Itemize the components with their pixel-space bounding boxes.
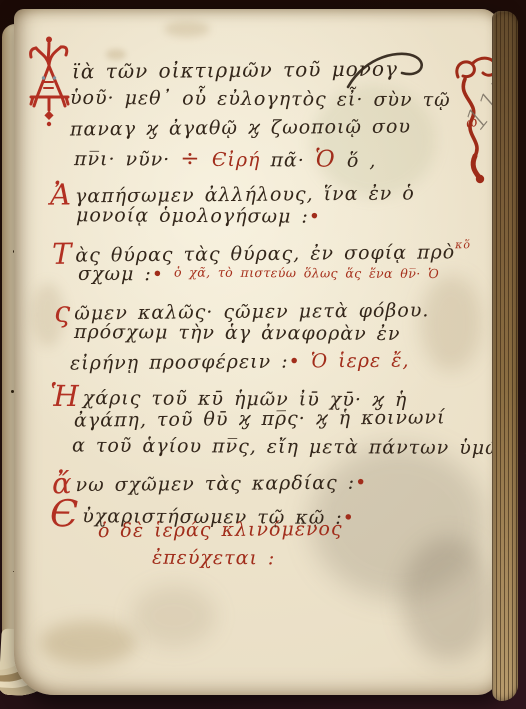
text-segment: α τοῦ ἁγίου πν̅ς, εἴη μετὰ πάντων ὑμῶν :	[72, 435, 526, 460]
rubric-initial: Є	[50, 495, 80, 532]
text-segment: •	[343, 507, 355, 529]
book-fore-edge	[492, 11, 518, 701]
text-segment: ὑοῦ· μεθ᾽ οὗ εὐλογητὸς εἶ· σὺν τῷ	[70, 87, 451, 111]
text-line: παναγ ϗ ἀγαθῷ ϗ ζωοποιῷ σου	[70, 118, 411, 140]
text-line: Τὰς θύρας τὰς θύρας, ἐν σοφίᾳ πρὸκὅ	[52, 234, 471, 267]
text-line: ςῶμεν καλῶς· ςῶμεν μετὰ φόβου.	[54, 292, 430, 324]
text-segment: παναγ ϗ ἀγαθῷ ϗ ζωοποιῷ σου	[70, 116, 411, 141]
text-line: ὑοῦ· μεθ᾽ οὗ εὐλογητὸς εἶ· σὺν τῷ	[70, 89, 451, 110]
text-segment: • Ὁ ἱερε ἔ,	[288, 350, 409, 373]
stain	[40, 621, 136, 665]
text-segment: κὅ	[455, 239, 471, 250]
text-line: μονοίᾳ ὁμολογήσωμ :•	[76, 206, 321, 226]
text-segment: ÷	[180, 146, 212, 172]
stain	[402, 537, 494, 661]
stain	[164, 21, 210, 37]
manuscript-page: 117 ώ ϊὰ τῶν οἰκτιρμῶν τοῦ μονογὑοῦ· μεθ…	[14, 9, 498, 695]
photograph-of-manuscript: 117 ώ ϊὰ τῶν οἰκτιρμῶν τοῦ μονογὑοῦ· μεθ…	[0, 0, 526, 709]
rubric-initial: Ἀ	[50, 180, 72, 209]
text-segment: ἀγάπη, τοῦ θῡ ϗ πρ̅ς· ϗ ἡ κοινωνί	[74, 406, 446, 431]
rubric-initial: Ἡ	[50, 382, 80, 411]
text-line: εἰρήνῃ προσφέρειν :• Ὁ ἱερε ἔ,	[70, 352, 410, 374]
text-segment: πᾶ·	[270, 149, 315, 171]
text-segment: •	[355, 472, 367, 494]
rubric-initial: ς	[54, 297, 72, 326]
text-line: α τοῦ ἁγίου πν̅ς, εἴη μετὰ πάντων ὑμῶν :…	[72, 437, 526, 459]
rubric-initial: Τ	[52, 240, 73, 269]
stain	[132, 585, 216, 647]
text-segment: ὁ χᾶ, τὸ πιστεύω ὅλως ἅς ἕνα θν̅· Ὁ	[174, 266, 439, 280]
text-segment: ἐπεύχεται :	[152, 547, 276, 570]
text-segment: πρόσχωμ τὴν ἁγ ἀναφορὰν ἐν	[74, 321, 401, 345]
text-segment: •	[152, 263, 174, 285]
text-segment: Єἰρή	[212, 149, 271, 171]
text-line: ϊὰ τῶν οἰκτιρμῶν τοῦ μονογ	[72, 59, 398, 82]
text-line: ὁ δὲ ἱεράς κλινόμενος	[98, 520, 343, 541]
text-line: Ἀγαπήσωμεν ἀλλήλους, ἵνα ἐν ὁ	[50, 175, 415, 207]
illuminated-initial-icon	[26, 35, 72, 127]
text-line: ἀγάπη, τοῦ θῡ ϗ πρ̅ς· ϗ ἡ κοινωνί	[74, 408, 446, 430]
text-segment: ὁ δὲ ἱεράς κλινόμενος	[98, 518, 343, 542]
stain	[420, 275, 482, 371]
text-line: ἐπεύχεται :	[152, 549, 275, 569]
text-segment: πν̅ι· νῦν·	[74, 148, 180, 171]
text-segment: σχωμ :	[78, 263, 152, 285]
text-line: πν̅ι· νῦν· ÷ Єἰρή πᾶ· Ὁ ὅ ,	[74, 147, 377, 172]
text-segment: Ὁ	[315, 147, 347, 173]
text-segment: εἰρήνῃ προσφέρειν :	[70, 351, 289, 375]
text-segment: ϊὰ τῶν οἰκτιρμῶν τοῦ μονογ	[72, 57, 398, 84]
text-segment: μονοίᾳ ὁμολογήσωμ :	[76, 204, 309, 227]
text-line: πρόσχωμ τὴν ἁγ ἀναφορὰν ἐν	[74, 323, 401, 344]
text-segment: •	[309, 206, 321, 228]
text-segment: ὅ ,	[347, 150, 377, 172]
text-line: σχωμ :• ὁ χᾶ, τὸ πιστεύω ὅλως ἅς ἕνα θν̅…	[78, 265, 439, 286]
